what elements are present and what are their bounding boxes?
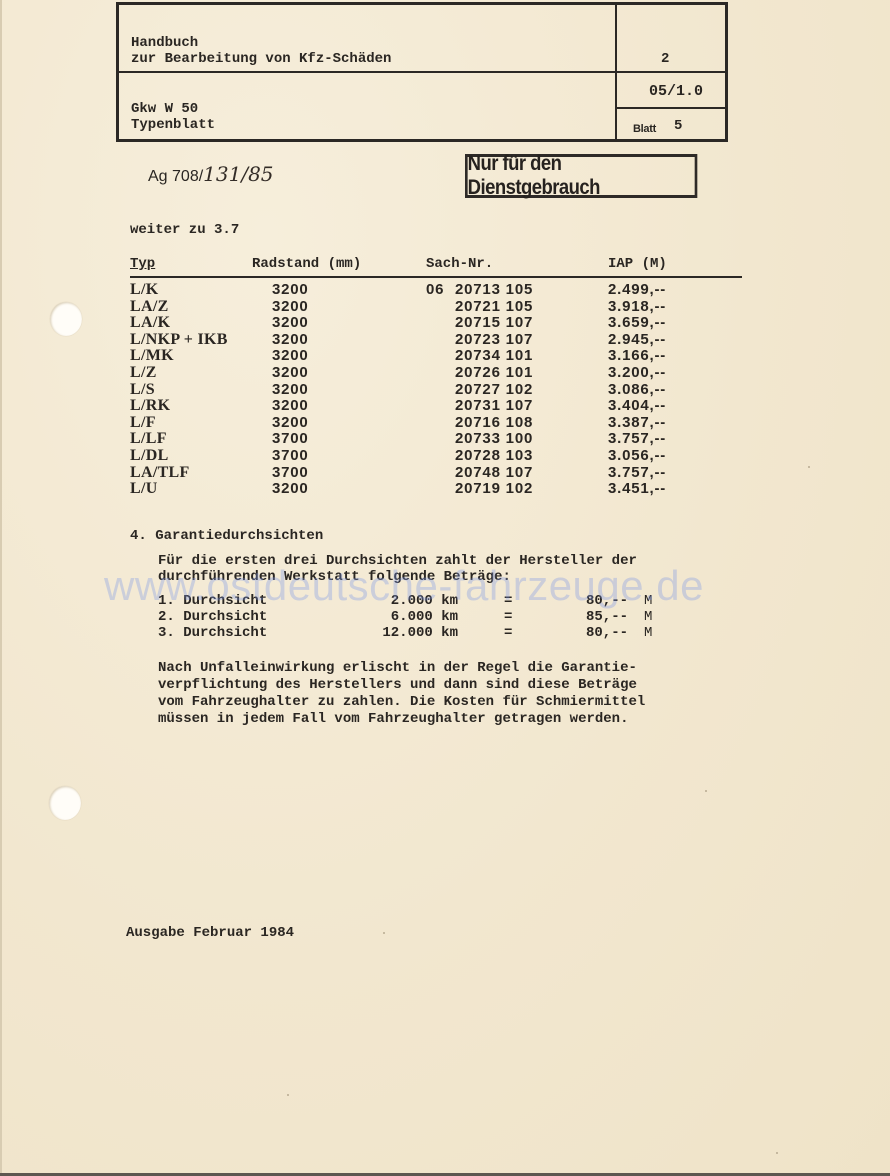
edition-date: Ausgabe Februar 1984 <box>126 925 294 941</box>
cell-iap: 2.945,-- <box>608 331 666 348</box>
cell-sach-nr: 20716 108 <box>455 414 533 431</box>
sheet-type: Typenblatt <box>131 117 215 133</box>
intro-line: durchführenden Werkstatt folgende Beträg… <box>158 569 511 585</box>
warranty-note: Nach Unfalleinwirkung erlischt in der Re… <box>158 660 645 728</box>
sheet-number: 5 <box>674 118 682 134</box>
cell-sach-nr: 20723 107 <box>455 331 533 348</box>
cell-sach-nr: 20731 107 <box>455 397 533 414</box>
cell-typ: L/Z <box>130 364 157 381</box>
cell-radstand: 3200 <box>272 364 309 381</box>
vehicle-type-table: Typ Radstand (mm) Sach-Nr. IAP (M) L/K32… <box>130 256 742 497</box>
cell-typ: L/F <box>130 414 156 431</box>
currency: M <box>644 593 652 609</box>
paper-speck <box>808 466 810 468</box>
cell-sach-nr: 20733 100 <box>455 430 533 447</box>
cell-sach-nr: 20728 103 <box>455 447 533 464</box>
sheet-label: Blatt <box>633 121 656 137</box>
table-row: L/DL370020728 1033.056,-- <box>130 447 742 464</box>
classification-stamp: Nur für den Dienstgebrauch <box>465 154 697 198</box>
equals-sign: = <box>504 625 512 641</box>
cell-typ: LA/TLF <box>130 464 190 481</box>
cell-sach-nr: 20734 101 <box>455 347 533 364</box>
cell-iap: 3.757,-- <box>608 430 666 447</box>
note-line: Nach Unfalleinwirkung erlischt in der Re… <box>158 660 637 676</box>
cell-typ: LA/Z <box>130 298 169 315</box>
cell-sach-prefix: 06 <box>426 281 444 298</box>
note-line: verpflichtung des Herstellers und dann s… <box>158 677 637 693</box>
cell-radstand: 3200 <box>272 347 309 364</box>
cell-typ: L/S <box>130 381 155 398</box>
service-amount: 80,-- <box>586 593 628 609</box>
table-row: L/S320020727 1023.086,-- <box>130 381 742 398</box>
cell-typ: L/RK <box>130 397 170 414</box>
paper-speck <box>776 1152 778 1154</box>
table-body: L/K32000620713 1052.499,--LA/Z320020721 … <box>130 278 742 497</box>
cell-typ: L/NKP + IKB <box>130 331 228 348</box>
cell-radstand: 3200 <box>272 381 309 398</box>
cell-iap: 3.166,-- <box>608 347 666 364</box>
reference-number: Ag 708/131/85 <box>148 162 274 186</box>
paper-speck <box>383 932 385 934</box>
punch-hole <box>49 786 81 820</box>
table-row: L/Z320020726 1013.200,-- <box>130 364 742 381</box>
manual-subtitle: zur Bearbeitung von Kfz-Schäden <box>131 51 391 67</box>
cell-sach-nr: 20713 105 <box>455 281 533 298</box>
cell-iap: 3.387,-- <box>608 414 666 431</box>
table-row: L/K32000620713 1052.499,-- <box>130 281 742 298</box>
table-row: LA/K320020715 1073.659,-- <box>130 314 742 331</box>
cell-radstand: 3200 <box>272 314 309 331</box>
note-line: vom Fahrzeughalter zu zahlen. Die Kosten… <box>158 694 645 710</box>
service-label: 2. Durchsicht <box>158 609 267 625</box>
cell-sach-nr: 20727 102 <box>455 381 533 398</box>
cell-typ: L/U <box>130 480 158 497</box>
table-row: L/MK320020734 1013.166,-- <box>130 347 742 364</box>
header-divider <box>617 107 725 109</box>
header-divider <box>119 71 725 73</box>
cell-typ: L/MK <box>130 347 174 364</box>
reference-handwritten: 131/85 <box>203 162 273 186</box>
column-header-sach-nr: Sach-Nr. <box>426 256 493 272</box>
reference-prefix: Ag 708/ <box>148 168 203 185</box>
table-row: LA/TLF370020748 1073.757,-- <box>130 464 742 481</box>
column-header-radstand: Radstand (mm) <box>252 256 361 272</box>
currency: M <box>644 609 652 625</box>
service-amount: 80,-- <box>586 625 628 641</box>
service-km: 2.000 km <box>358 593 458 609</box>
cell-iap: 3.056,-- <box>608 447 666 464</box>
section-warranty: 4. Garantiedurchsichten <box>130 528 323 544</box>
cell-typ: LA/K <box>130 314 170 331</box>
page-edge <box>0 0 2 1176</box>
cell-radstand: 3200 <box>272 281 309 298</box>
section-heading: 4. Garantiedurchsichten <box>130 528 323 544</box>
cell-sach-nr: 20748 107 <box>455 464 533 481</box>
cell-radstand: 3700 <box>272 430 309 447</box>
service-label: 1. Durchsicht <box>158 593 267 609</box>
table-row: L/NKP + IKB320020723 1072.945,-- <box>130 331 742 348</box>
cell-typ: L/DL <box>130 447 169 464</box>
chapter-number: 2 <box>661 51 669 67</box>
manual-title: Handbuch <box>131 35 198 51</box>
table-row: L/F320020716 1083.387,-- <box>130 414 742 431</box>
cell-sach-nr: 20719 102 <box>455 480 533 497</box>
cell-iap: 3.451,-- <box>608 480 666 497</box>
table-row: L/RK320020731 1073.404,-- <box>130 397 742 414</box>
cell-typ: L/K <box>130 281 158 298</box>
service-km: 12.000 km <box>358 625 458 641</box>
equals-sign: = <box>504 593 512 609</box>
service-label: 3. Durchsicht <box>158 625 267 641</box>
cell-iap: 3.404,-- <box>608 397 666 414</box>
cell-radstand: 3200 <box>272 414 309 431</box>
column-header-iap: IAP (M) <box>608 256 667 272</box>
cell-radstand: 3700 <box>272 464 309 481</box>
cell-iap: 3.200,-- <box>608 364 666 381</box>
cell-sach-nr: 20726 101 <box>455 364 533 381</box>
cell-sach-nr: 20721 105 <box>455 298 533 315</box>
cell-radstand: 3200 <box>272 397 309 414</box>
table-header: Typ Radstand (mm) Sach-Nr. IAP (M) <box>130 256 742 278</box>
column-header-typ: Typ <box>130 256 155 272</box>
document-header: Handbuch zur Bearbeitung von Kfz-Schäden… <box>116 2 728 142</box>
cell-radstand: 3700 <box>272 447 309 464</box>
cell-sach-nr: 20715 107 <box>455 314 533 331</box>
cell-radstand: 3200 <box>272 331 309 348</box>
cell-iap: 2.499,-- <box>608 281 666 298</box>
table-row: L/U320020719 1023.451,-- <box>130 480 742 497</box>
stamp-text: Nur für den Dienstgebrauch <box>468 152 695 200</box>
paper-speck <box>287 1094 289 1096</box>
vehicle-model: Gkw W 50 <box>131 101 198 117</box>
punch-hole <box>50 302 82 336</box>
service-km: 6.000 km <box>358 609 458 625</box>
table-row: LA/Z320020721 1053.918,-- <box>130 298 742 315</box>
cell-radstand: 3200 <box>272 480 309 497</box>
warranty-intro: Für die ersten drei Durchsichten zahlt d… <box>158 553 637 585</box>
continued-label: weiter zu 3.7 <box>130 222 239 238</box>
cell-typ: L/LF <box>130 430 167 447</box>
currency: M <box>644 625 652 641</box>
equals-sign: = <box>504 609 512 625</box>
paper-speck <box>705 790 707 792</box>
cell-iap: 3.757,-- <box>608 464 666 481</box>
table-row: L/LF370020733 1003.757,-- <box>130 430 742 447</box>
section-code: 05/1.0 <box>649 84 703 100</box>
cell-iap: 3.659,-- <box>608 314 666 331</box>
cell-radstand: 3200 <box>272 298 309 315</box>
note-line: müssen in jedem Fall vom Fahrzeughalter … <box>158 711 628 727</box>
cell-iap: 3.918,-- <box>608 298 666 315</box>
service-amount: 85,-- <box>586 609 628 625</box>
cell-iap: 3.086,-- <box>608 381 666 398</box>
intro-line: Für die ersten drei Durchsichten zahlt d… <box>158 553 637 569</box>
